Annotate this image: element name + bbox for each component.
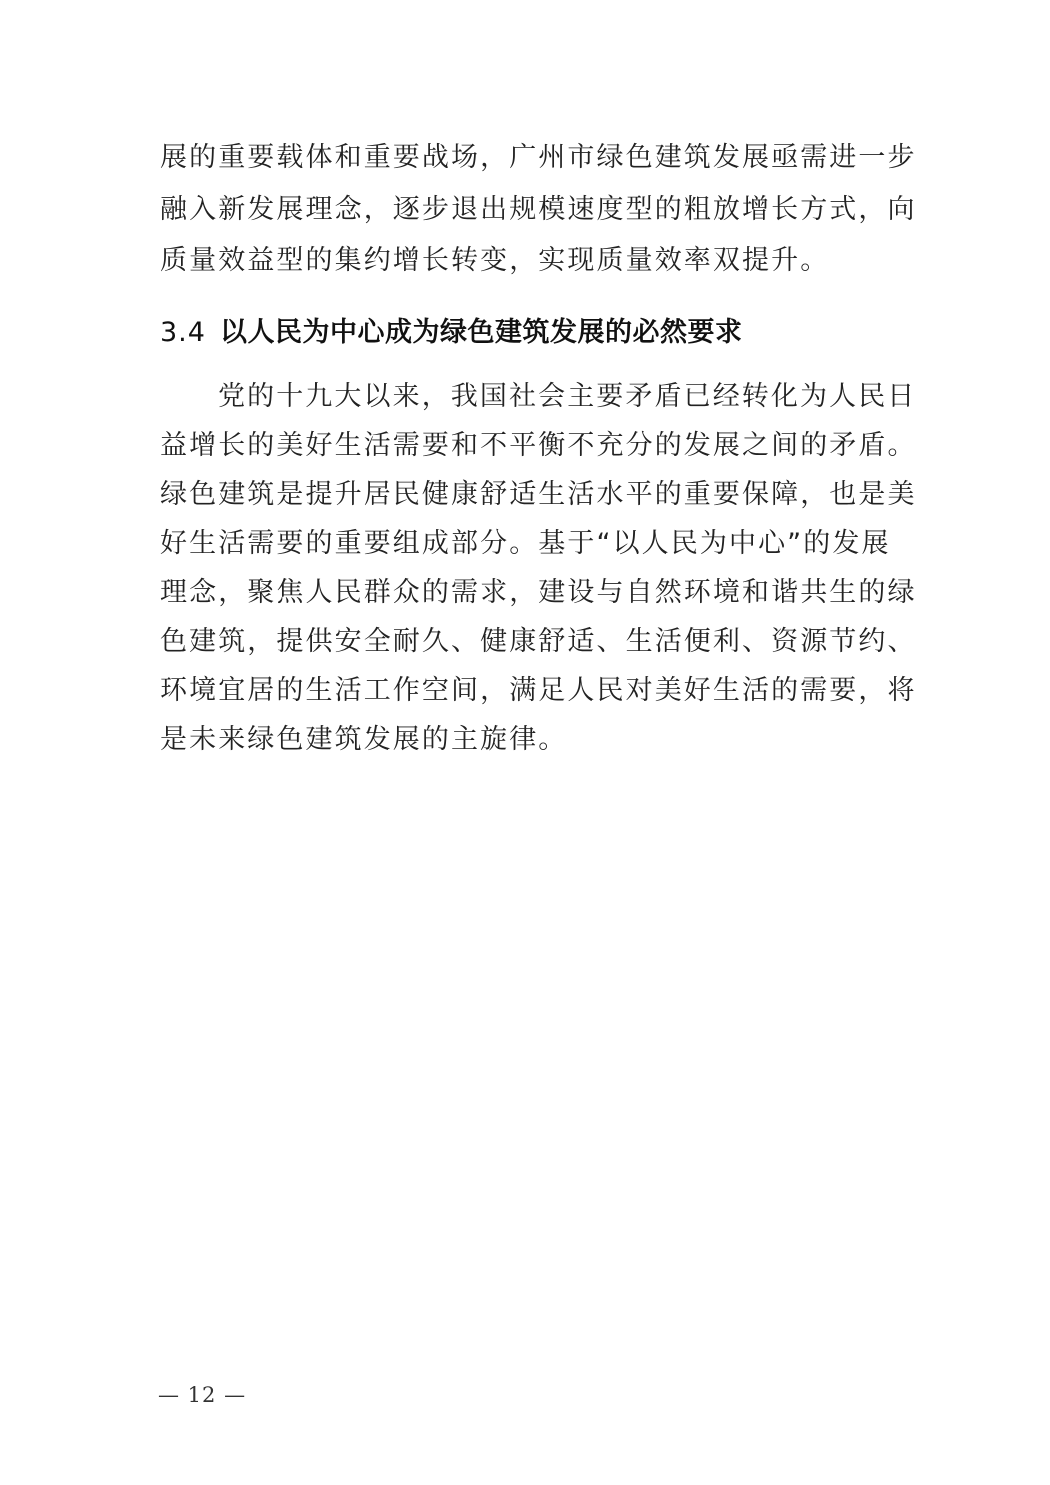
section-heading: 3.4以人民为中心成为绿色建筑发展的必然要求 xyxy=(160,311,742,355)
paragraph-line: 质量效益型的集约增长转变，实现质量效率双提升。 xyxy=(160,235,890,287)
paragraph-line: 是未来绿色建筑发展的主旋律。 xyxy=(160,715,890,764)
paragraph-line: 色建筑，提供安全耐久、健康舒适、生活便利、资源节约、 xyxy=(160,617,890,666)
paragraph-line: 党的十九大以来，我国社会主要矛盾已经转化为人民日 xyxy=(160,372,890,421)
paragraph-line: 理念，聚焦人民群众的需求，建设与自然环境和谐共生的绿 xyxy=(160,568,890,617)
section-title: 以人民为中心成为绿色建筑发展的必然要求 xyxy=(220,317,743,348)
paragraph-line: 益增长的美好生活需要和不平衡不充分的发展之间的矛盾。 xyxy=(160,421,890,470)
section-paragraph: 党的十九大以来，我国社会主要矛盾已经转化为人民日 益增长的美好生活需要和不平衡不… xyxy=(160,372,890,764)
paragraph-line: 好生活需要的重要组成部分。基于“以人民为中心”的发展 xyxy=(160,519,890,568)
document-page: 展的重要载体和重要战场，广州市绿色建筑发展亟需进一步 融入新发展理念，逐步退出规… xyxy=(0,0,1050,1485)
paragraph-line: 环境宜居的生活工作空间，满足人民对美好生活的需要，将 xyxy=(160,666,890,715)
paragraph-line: 绿色建筑是提升居民健康舒适生活水平的重要保障，也是美 xyxy=(160,470,890,519)
paragraph-line: 融入新发展理念，逐步退出规模速度型的粗放增长方式，向 xyxy=(160,184,890,236)
continued-paragraph: 展的重要载体和重要战场，广州市绿色建筑发展亟需进一步 融入新发展理念，逐步退出规… xyxy=(160,132,890,287)
paragraph-line: 展的重要载体和重要战场，广州市绿色建筑发展亟需进一步 xyxy=(160,132,890,184)
page-number: — 12 — xyxy=(158,1383,246,1407)
section-number: 3.4 xyxy=(160,317,206,348)
